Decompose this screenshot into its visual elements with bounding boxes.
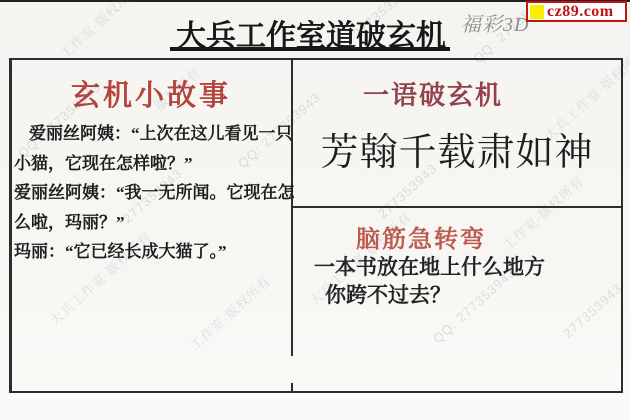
site-link-badge[interactable]: cz89.com	[526, 1, 627, 22]
story-panel-body: 爱丽丝阿姨：“上次在这儿看见一只 小猫，它现在怎样啦？” 爱丽丝阿姨：“我一无所…	[14, 119, 288, 267]
story-line: 小猫，它现在怎样啦？”	[14, 149, 288, 179]
teaser-panel-title: 脑筋急转弯	[293, 219, 549, 254]
story-line: 玛丽：“它已经长成大猫了。”	[14, 237, 288, 267]
lottery-edition-label: 福彩3D	[461, 8, 529, 37]
teaser-line: 一本书放在地上什么地方	[314, 253, 614, 281]
badge-yellow-square-icon	[530, 5, 544, 19]
story-line: 么啦，玛丽？”	[14, 208, 288, 238]
story-line: 爱丽丝阿姨：“上次在这儿看见一只	[14, 119, 288, 149]
horizontal-divider	[293, 206, 621, 208]
mystery-phrase: 芳翰千载肃如神	[293, 121, 621, 176]
teaser-panel-body: 一本书放在地上什么地方 你跨不过去？	[314, 253, 614, 309]
site-badge-text: cz89.com	[547, 4, 614, 20]
watermark: 工作室·版权所有	[55, 0, 145, 62]
story-panel-title: 玄机小故事	[11, 73, 291, 114]
vertical-divider-tick	[291, 383, 293, 392]
story-line: 爱丽丝阿姨：“我一无所闻。它现在怎	[14, 178, 288, 208]
phrase-panel-title: 一语破玄机	[293, 75, 573, 112]
teaser-line: 你跨不过去？	[314, 281, 614, 309]
scanned-page: QQ: 277353943 大兵工作室·版权所有 277353943 工作室·版…	[0, 0, 630, 420]
title-underline	[170, 47, 450, 51]
